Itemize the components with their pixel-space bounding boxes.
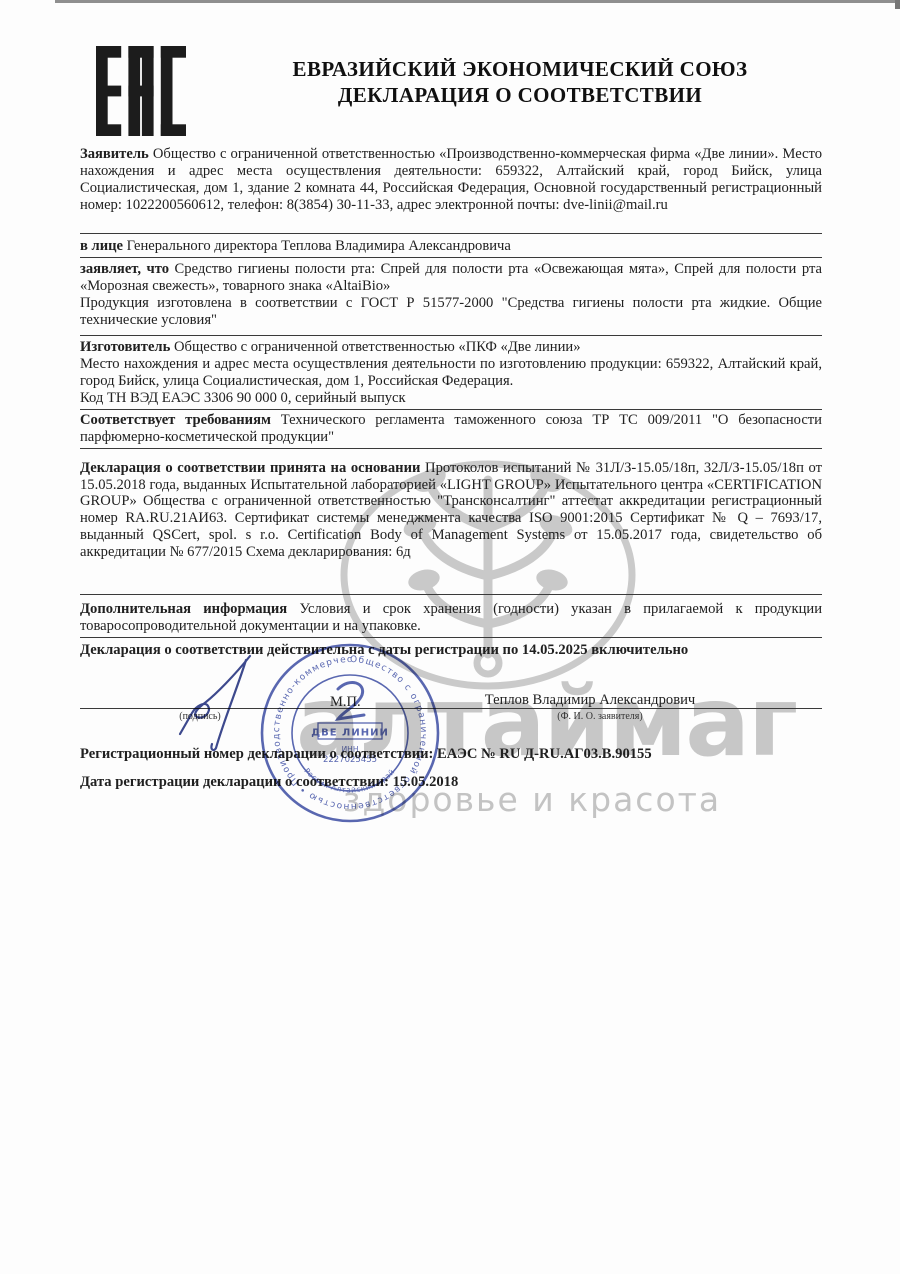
basis-label: Декларация о соответствии принята на осн… bbox=[80, 460, 420, 476]
section-basis: Декларация о соответствии принята на осн… bbox=[80, 460, 822, 560]
scan-top-edge bbox=[55, 0, 900, 3]
declares-paragraph-2: Продукция изготовлена в соответствии с Г… bbox=[80, 295, 822, 329]
declares-paragraph-1: заявляет, что Средство гигиены полости р… bbox=[80, 261, 822, 295]
registration-date-line: Дата регистрации декларации о соответств… bbox=[80, 774, 822, 791]
additional-info-label: Дополнительная информация bbox=[80, 601, 287, 617]
divider bbox=[80, 409, 822, 410]
stamp-inn-label: ИНН bbox=[342, 745, 359, 754]
union-title-line: ЕВРАЗИЙСКИЙ ЭКОНОМИЧЕСКИЙ СОЮЗ bbox=[170, 56, 870, 82]
section-manufacturer: Изготовитель Общество с ограниченной отв… bbox=[80, 339, 822, 407]
stamp-logo-swirl-icon bbox=[338, 682, 364, 719]
in-person-label: в лице bbox=[80, 238, 123, 254]
signer-name: Теплов Владимир Александрович bbox=[410, 692, 770, 709]
divider bbox=[80, 594, 822, 595]
section-applicant: Заявитель Общество с ограниченной ответс… bbox=[80, 146, 822, 214]
doc-title-line: ДЕКЛАРАЦИЯ О СООТВЕТСТВИИ bbox=[170, 82, 870, 108]
divider bbox=[80, 257, 822, 258]
stamp-company-name: ДВЕ ЛИНИИ bbox=[311, 728, 389, 739]
divider bbox=[80, 637, 822, 638]
manufacturer-text: Общество с ограниченной ответственностью… bbox=[174, 339, 581, 355]
applicant-text: Общество с ограниченной ответственностью… bbox=[80, 146, 822, 213]
in-person-text: Генерального директора Теплова Владимира… bbox=[127, 238, 511, 254]
declaration-document: алтаймаг здоровье и красота ЕВРАЗИЙСКИЙ … bbox=[0, 0, 900, 1274]
section-declares: заявляет, что Средство гигиены полости р… bbox=[80, 261, 822, 329]
scan-top-edge-tick bbox=[895, 0, 900, 9]
complies-label: Соответствует требованиям bbox=[80, 412, 271, 428]
document-title: ЕВРАЗИЙСКИЙ ЭКОНОМИЧЕСКИЙ СОЮЗ ДЕКЛАРАЦИ… bbox=[170, 56, 870, 108]
divider bbox=[80, 233, 822, 234]
manufacturer-tnved-code: Код ТН ВЭД ЕАЭС 3306 90 000 0, серийный … bbox=[80, 390, 822, 407]
divider bbox=[80, 335, 822, 336]
handwritten-signature bbox=[172, 650, 267, 755]
section-complies: Соответствует требованиям Технического р… bbox=[80, 412, 822, 446]
declares-label: заявляет, что bbox=[80, 261, 169, 277]
manufacturer-paragraph-1: Изготовитель Общество с ограниченной отв… bbox=[80, 339, 822, 356]
stamp-inn-value: 2227025455 bbox=[323, 755, 377, 765]
section-additional-info: Дополнительная информация Условия и срок… bbox=[80, 601, 822, 635]
applicant-label: Заявитель bbox=[80, 146, 149, 162]
section-in-person: в лице Генерального директора Теплова Вл… bbox=[80, 238, 822, 255]
signer-name-caption: (Ф. И. О. заявителя) bbox=[520, 711, 680, 722]
manufacturer-label: Изготовитель bbox=[80, 339, 170, 355]
manufacturer-address: Место нахождения и адрес места осуществл… bbox=[80, 356, 822, 390]
company-round-stamp: Общество с ограниченной ответственностью… bbox=[258, 641, 442, 825]
divider bbox=[80, 448, 822, 449]
declares-text: Средство гигиены полости рта: Спрей для … bbox=[80, 261, 822, 294]
